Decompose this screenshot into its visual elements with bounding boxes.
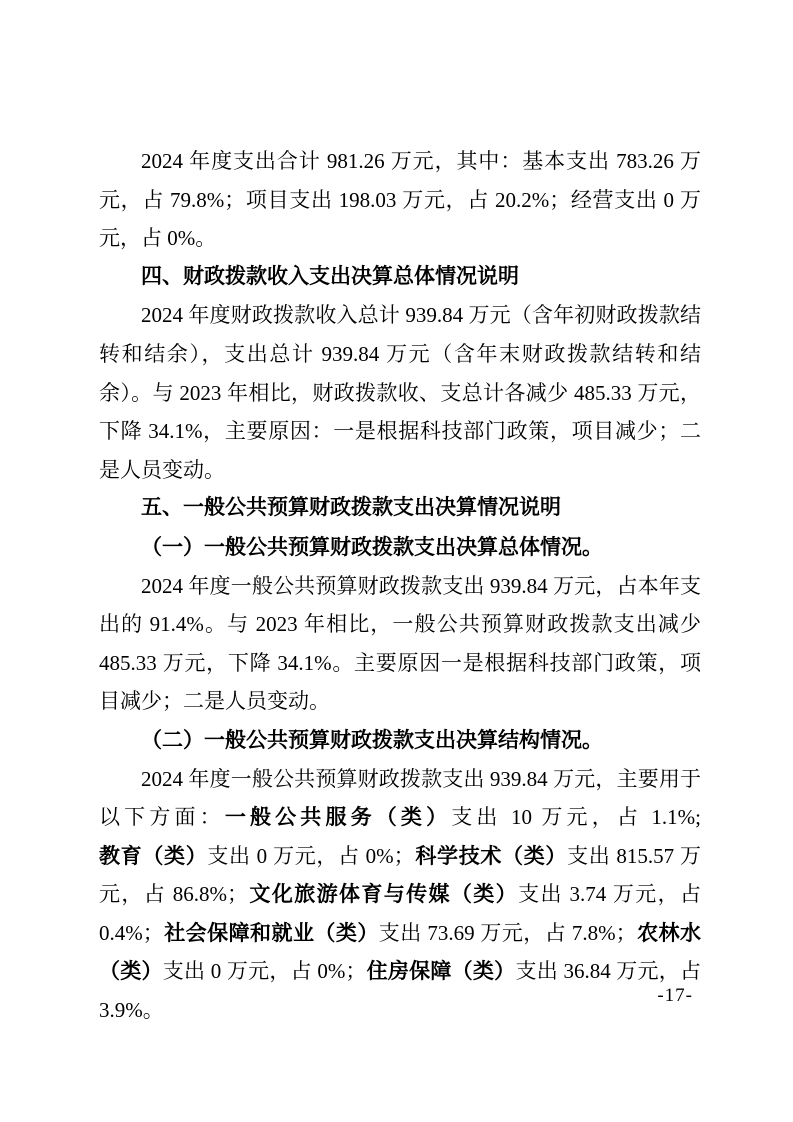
section-heading: 五、一般公共预算财政拨款支出决算情况说明 (99, 489, 701, 528)
bold-text-run: 科学技术（类） (415, 844, 567, 868)
section-heading: 四、财政拨款收入支出决算总体情况说明 (99, 258, 701, 297)
paragraph: 2024 年度一般公共预算财政拨款支出 939.84 万元，主要用于以下方面：一… (99, 760, 701, 1030)
bold-text-run: （二）一般公共预算财政拨款支出决算结构情况。 (141, 728, 603, 752)
text-run: 2024 年度一般公共预算财政拨款支出 939.84 万元，占本年支出的 91.… (99, 574, 701, 714)
bold-text-run: 社会保障和就业（类） (164, 921, 379, 945)
document-body: 2024 年度支出合计 981.26 万元，其中：基本支出 783.26 万元，… (99, 142, 701, 1030)
text-run: 2024 年度支出合计 981.26 万元，其中：基本支出 783.26 万元，… (99, 149, 701, 250)
paragraph: 2024 年度财政拨款收入总计 939.84 万元（含年初财政拨款结转和结余），… (99, 296, 701, 489)
subsection-heading: （一）一般公共预算财政拨款支出决算总体情况。 (99, 528, 701, 567)
bold-text-run: 住房保障（类） (366, 959, 515, 983)
bold-text-run: 一般公共服务（类） (225, 805, 451, 829)
bold-text-run: 四、财政拨款收入支出决算总体情况说明 (141, 265, 519, 288)
paragraph: 2024 年度一般公共预算财政拨款支出 939.84 万元，占本年支出的 91.… (99, 567, 701, 721)
text-run: 支出 0 万元，占 0%； (163, 959, 367, 983)
text-run: 2024 年度财政拨款收入总计 939.84 万元（含年初财政拨款结转和结余），… (99, 303, 701, 481)
bold-text-run: 文化旅游体育与传媒（类） (248, 882, 518, 906)
text-run: 支出 73.69 万元，占 7.8%； (379, 921, 637, 945)
bold-text-run: （一）一般公共预算财政拨款支出决算总体情况。 (141, 535, 603, 559)
bold-text-run: 五、一般公共预算财政拨款支出决算情况说明 (141, 496, 561, 519)
document-page: 2024 年度支出合计 981.26 万元，其中：基本支出 783.26 万元，… (0, 0, 793, 1122)
text-run: 支出 10 万元，占 1.1%; (451, 805, 701, 829)
text-run: 支出 0 万元，占 0%； (207, 844, 414, 868)
subsection-heading: （二）一般公共预算财政拨款支出决算结构情况。 (99, 721, 701, 760)
page-number: -17- (657, 984, 693, 1008)
paragraph: 2024 年度支出合计 981.26 万元，其中：基本支出 783.26 万元，… (99, 142, 701, 258)
bold-text-run: 教育（类） (99, 844, 207, 868)
